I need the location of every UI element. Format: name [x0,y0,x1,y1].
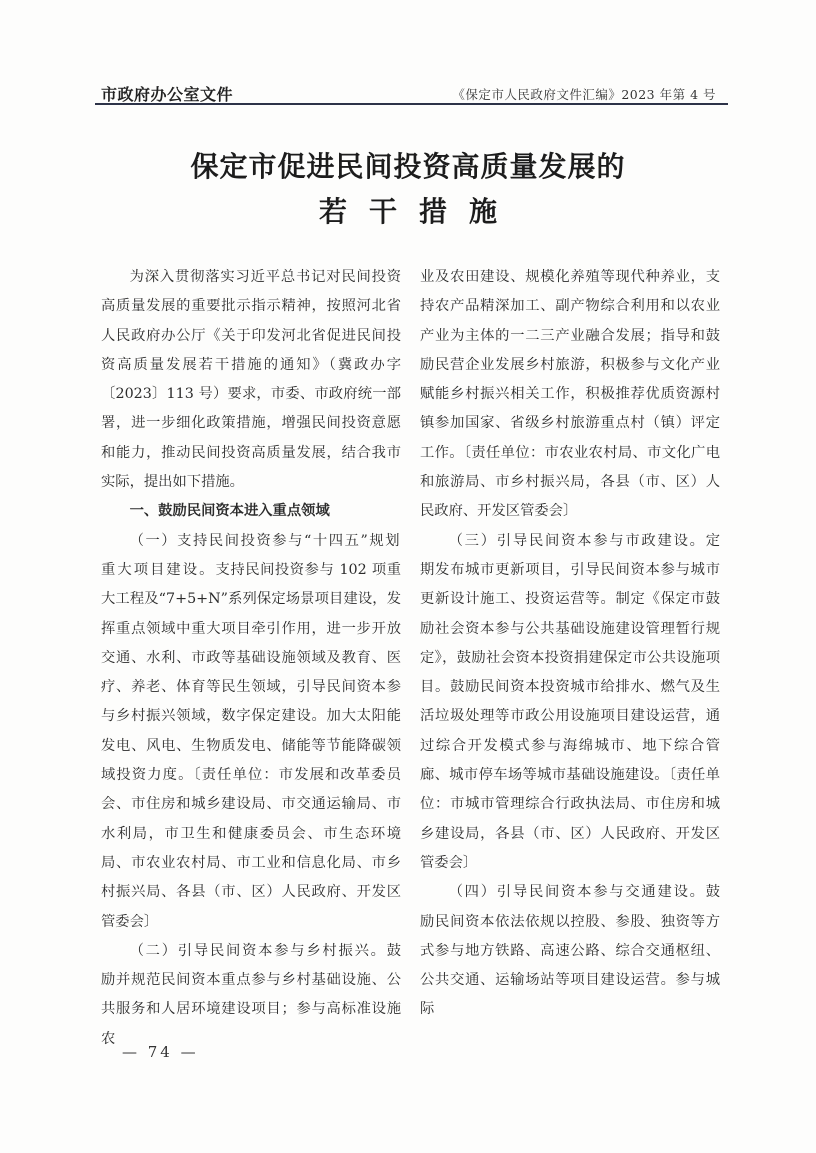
item-2-heading: （二）引导民间资本参与乡村振兴。 [130,943,387,959]
right-column: 业及农田建设、规模化养殖等现代种养业，支持农产品精深加工、副产物综合利用和以农业… [420,263,720,1025]
document-title-line2: 若干措施 [0,190,816,230]
item-3-text: 定期发布城市更新项目，引导民间资本参与城市更新设计施工、投资运营等。制定《保定市… [420,533,720,871]
item-1-text: 支持民间投资参与 102 项重大工程及“7+5+N”系列保定场景项目建设，发挥重… [101,562,401,930]
document-title-line1: 保定市促进民间投资高质量发展的 [0,145,816,185]
item-2-continued: 业及农田建设、规模化养殖等现代种养业，支持农产品精深加工、副产物综合利用和以农业… [420,263,720,527]
item-1-paragraph: （一）支持民间投资参与“十四五”规划重大项目建设。支持民间投资参与 102 项重… [101,527,401,937]
item-3-heading: （三）引导民间资本参与市政建设。 [449,533,706,549]
header-issuer: 市政府办公室文件 [101,82,233,105]
left-column: 为深入贯彻落实习近平总书记对民间投资高质量发展的重要批示指示精神，按照河北省人民… [101,263,401,1054]
item-4-paragraph: （四）引导民间资本参与交通建设。鼓励民间资本依法依规以控股、参股、独资等方式参与… [420,878,720,1024]
item-3-paragraph: （三）引导民间资本参与市政建设。定期发布城市更新项目，引导民间资本参与城市更新设… [420,527,720,879]
page-number: — 74 — [122,1043,199,1061]
item-4-text: 鼓励民间资本依法依规以控股、参股、独资等方式参与地方铁路、高速公路、综合交通枢纽… [420,884,720,1017]
section-heading-1: 一、鼓励民间资本进入重点领域 [101,497,401,526]
item-2-paragraph: （二）引导民间资本参与乡村振兴。鼓励并规范民间资本重点参与乡村基础设施、公共服务… [101,937,401,1054]
header-publication: 《保定市人民政府文件汇编》2023 年第 4 号 [452,85,716,103]
header-rule [95,103,728,105]
item-4-heading: （四）引导民间资本参与交通建设。 [449,884,706,900]
intro-paragraph: 为深入贯彻落实习近平总书记对民间投资高质量发展的重要批示指示精神，按照河北省人民… [101,263,401,497]
